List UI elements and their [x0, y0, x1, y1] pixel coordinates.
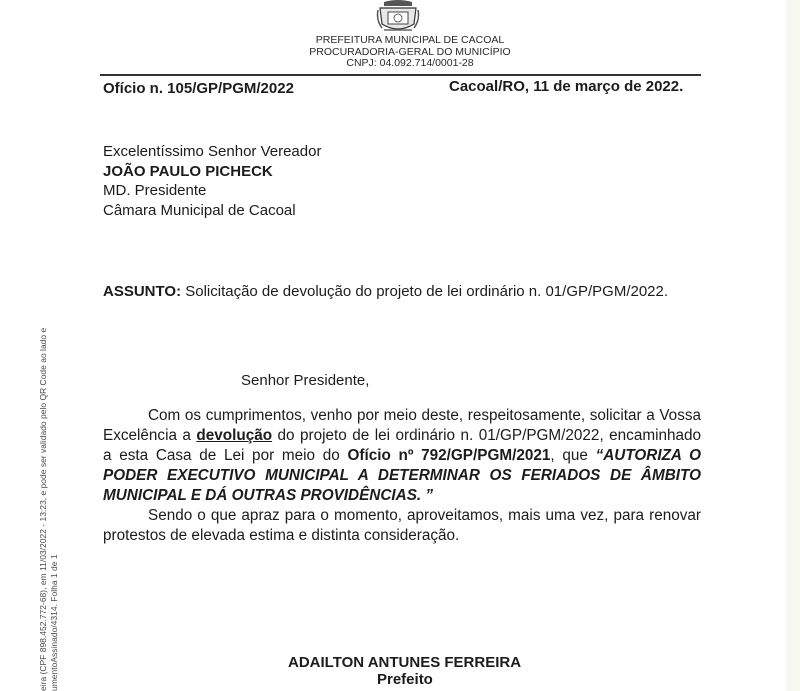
subject-text: Solicitação de devolução do projeto de l… [181, 283, 668, 300]
margin-note-line-1: eira (CPF 898.452.772-68), em 11/03/2022… [38, 328, 49, 691]
subject-line: ASSUNTO: Solicitação de devolução do pro… [103, 283, 668, 300]
body-paragraph-1: Com os cumprimentos, venho por meio dest… [103, 406, 701, 506]
place-date: Cacoal/RO, 11 de março de 2022. [449, 78, 683, 95]
letterhead: PREFEITURA MUNICIPAL DE CACOAL PROCURADO… [280, 35, 540, 70]
addressee-institution: Câmara Municipal de Cacoal [103, 201, 321, 221]
header-divider [100, 74, 701, 76]
addressee-greeting: Excelentíssimo Senhor Vereador [103, 142, 321, 162]
subject-label: ASSUNTO: [103, 283, 181, 300]
emphasis-devolucao: devolução [196, 427, 272, 444]
body-text: , que [550, 447, 595, 464]
addressee-title: MD. Presidente [103, 181, 321, 201]
coat-of-arms-icon [376, 0, 420, 34]
addressee-block: Excelentíssimo Senhor Vereador JOÃO PAUL… [103, 142, 321, 220]
letter-body: Com os cumprimentos, venho por meio dest… [103, 406, 701, 546]
letterhead-line-3: CNPJ: 04.092.714/0001-28 [280, 58, 540, 70]
addressee-name: JOÃO PAULO PICHECK [103, 162, 321, 182]
signatory-role: Prefeito [377, 671, 433, 688]
signatory-name: ADAILTON ANTUNES FERREIRA [288, 654, 521, 671]
salutation: Senhor Presidente, [241, 372, 369, 389]
letterhead-line-1: PREFEITURA MUNICIPAL DE CACOAL [280, 35, 540, 47]
margin-note-line-2: umentoAssinado/4314. Folha 1 de 1 [49, 328, 60, 691]
oficio-reference: Ofício nº 792/GP/PGM/2021 [347, 447, 550, 464]
body-paragraph-2: Sendo o que apraz para o momento, aprove… [103, 506, 701, 546]
scan-edge-band [786, 0, 800, 691]
oficio-number: Ofício n. 105/GP/PGM/2022 [103, 80, 294, 97]
digital-signature-margin-note: eira (CPF 898.452.772-68), em 11/03/2022… [38, 328, 60, 691]
